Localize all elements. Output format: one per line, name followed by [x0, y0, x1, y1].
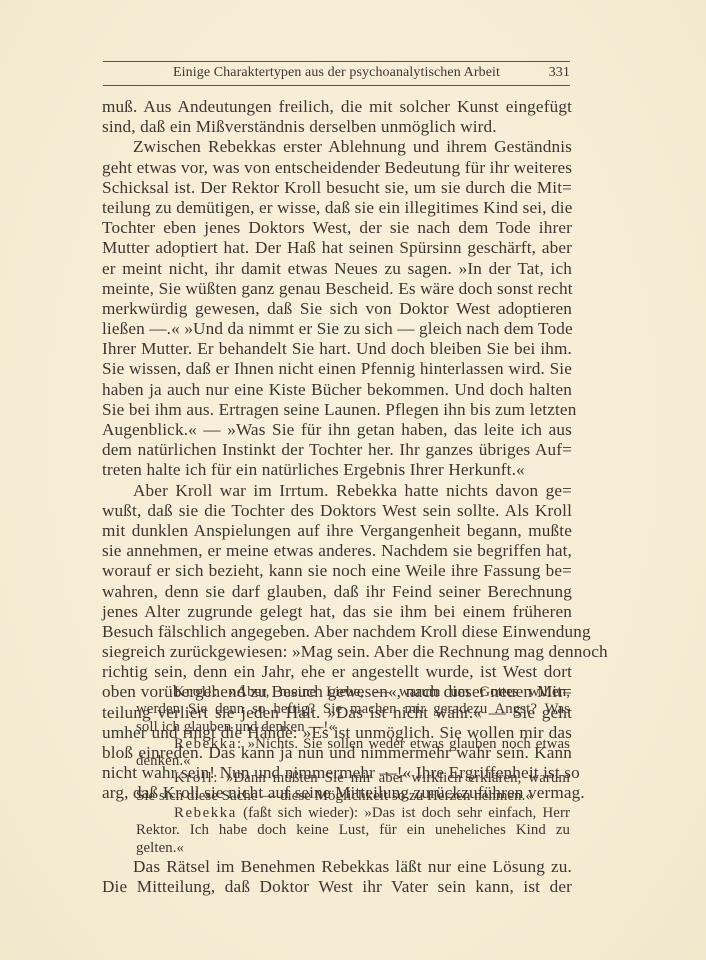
- text-line: jenes Alter zugrunde gelegt hat, das sie…: [102, 602, 572, 622]
- text-line: Tochter eben jenes Doktors West, der sie…: [102, 218, 572, 238]
- text-line: er meint nicht, ihr damit etwas Neues zu…: [102, 259, 572, 279]
- text-line: Die Mitteilung, daß Doktor West ihr Vate…: [102, 877, 572, 897]
- header-rule-top: [103, 61, 570, 62]
- text-line: geht etwas vor, was von entscheidender B…: [102, 158, 572, 178]
- page-number: 331: [549, 65, 570, 81]
- dialogue-line: Rektor. Ich habe doch keine Lust, für ei…: [136, 822, 570, 839]
- dialogue-line: Rebekka (faßt sich wieder): »Das ist doc…: [136, 805, 570, 822]
- text-line: haben ja auch nur eine Kiste Bücher beko…: [102, 380, 572, 400]
- text-line: merkwürdig gewesen, daß Sie sich von Dok…: [102, 299, 572, 319]
- speaker-name: Rebekka:: [174, 736, 243, 752]
- text-line: Aber Kroll war im Irrtum. Rebekka hatte …: [102, 481, 572, 501]
- dialogue-quote: Kroll: »Aber, meine Liebe, — warum um Go…: [136, 684, 570, 857]
- closing-paragraph: Das Rätsel im Benehmen Rebekkas läßt nur…: [102, 857, 572, 897]
- text-line: sie annehmen, er meine etwas anderes. Na…: [102, 541, 572, 561]
- text-line: mit dunklen Anspielungen auf ihre Vergan…: [102, 521, 572, 541]
- dialogue-line: Kroll: »Dann müßten Sie mir aber wirklic…: [136, 770, 570, 787]
- text-line: richtig sein, denn ein Jahr, ehe er ange…: [102, 662, 572, 682]
- dialogue-line: soll ich glauben und denken —!«: [136, 719, 570, 736]
- text-line: sind, daß ein Mißverständnis derselben u…: [102, 117, 572, 137]
- text-line: siegreich zurückgewiesen: »Mag sein. Abe…: [102, 642, 572, 662]
- dialogue-line: Kroll: »Aber, meine Liebe, — warum um Go…: [136, 684, 570, 701]
- text-line: Ihrer Mutter. Er behandelt Sie hart. Und…: [102, 339, 572, 359]
- dialogue-line: gelten.«: [136, 840, 570, 857]
- text-line: Besuch fälschlich angegeben. Aber nachde…: [102, 622, 572, 642]
- dialogue-line: Sie sich diese Sache — diese Möglichkeit…: [136, 788, 570, 805]
- book-page: Einige Charaktertypen aus der psychoanal…: [0, 0, 706, 960]
- text-line: ließen —.« »Und da nimmt er Sie zu sich …: [102, 319, 572, 339]
- text-line: Augenblick.« — »Was Sie für ihn getan ha…: [102, 420, 572, 440]
- dialogue-line: denken.«: [136, 753, 570, 770]
- running-title: Einige Charaktertypen aus der psychoanal…: [173, 65, 500, 81]
- text-line: wahren, denn sie darf glauben, daß ihr F…: [102, 582, 572, 602]
- text-line: worauf er sich bezieht, kann sie noch ei…: [102, 561, 572, 581]
- header-rule-bottom: [103, 85, 570, 86]
- text-line: wußt, daß sie die Tochter des Doktors We…: [102, 501, 572, 521]
- dialogue-line: werden Sie denn so heftig? Sie machen mi…: [136, 701, 570, 718]
- running-head: Einige Charaktertypen aus der psychoanal…: [103, 64, 570, 82]
- text-line: Zwischen Rebekkas erster Ablehnung und i…: [102, 137, 572, 157]
- speaker-name: Kroll:: [174, 684, 219, 700]
- text-line: Mutter adoptiert hat. Der Haß hat seinen…: [102, 238, 572, 258]
- text-line: dem natürlichen Instinkt der Tochter her…: [102, 440, 572, 460]
- text-line: Das Rätsel im Benehmen Rebekkas läßt nur…: [102, 857, 572, 877]
- speaker-name: Kroll:: [174, 770, 219, 786]
- text-line: Schicksal ist. Der Rektor Kroll besucht …: [102, 178, 572, 198]
- text-line: muß. Aus Andeutungen freilich, die mit s…: [102, 97, 572, 117]
- text-line: meinte, Sie wüßten ganz genau Bescheid. …: [102, 279, 572, 299]
- dialogue-line: Rebekka: »Nichts. Sie sollen weder etwas…: [136, 736, 570, 753]
- text-line: Sie wissen, daß er Ihnen nicht einen Pfe…: [102, 359, 572, 379]
- text-line: treten halte ich für ein natürliches Erg…: [102, 460, 572, 480]
- speaker-name: Rebekka: [174, 805, 237, 821]
- text-line: Sie bei ihm aus. Ertragen seine Launen. …: [102, 400, 572, 420]
- text-line: teilung zu demütigen, er wisse, daß sie …: [102, 198, 572, 218]
